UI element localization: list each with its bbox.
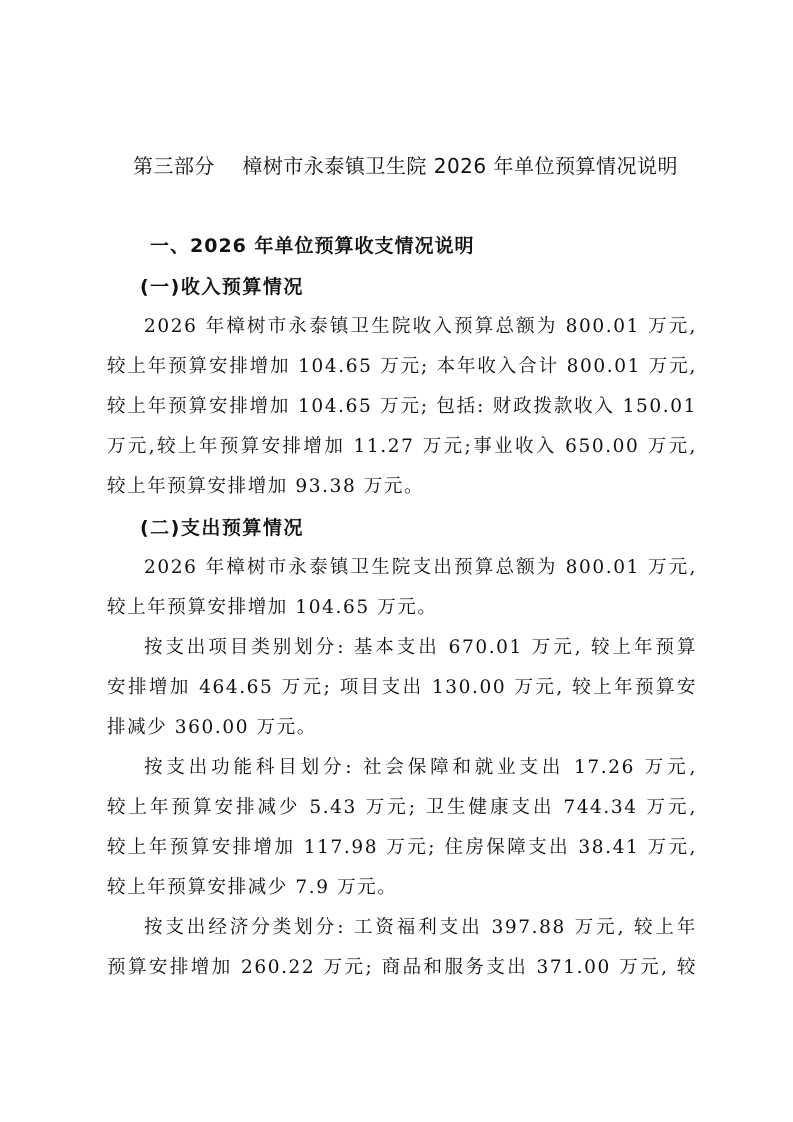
text-line: 排减少 360.00 万元。 bbox=[107, 716, 697, 740]
text-line: 预算安排增加 260.22 万元; 商品和服务支出 371.00 万元, 较 bbox=[107, 956, 697, 980]
text-line: 较上年预算安排减少 7.9 万元。 bbox=[107, 876, 697, 900]
text-line: 2026 年樟树市永泰镇卫生院支出预算总额为 800.01 万元, bbox=[144, 556, 697, 580]
subsection-heading-income: (一)收入预算情况 bbox=[140, 272, 304, 299]
section-heading: 一、2026 年单位预算收支情况说明 bbox=[150, 231, 475, 258]
text-line: 较上年预算安排减少 5.43 万元; 卫生健康支出 744.34 万元, bbox=[107, 796, 697, 820]
text-line: 较上年预算安排增加 104.65 万元; 包括: 财政拨款收入 150.01 bbox=[107, 395, 697, 419]
text-line: 安排增加 464.65 万元; 项目支出 130.00 万元, 较上年预算安 bbox=[107, 676, 697, 700]
page-title: 第三部分 樟树市永泰镇卫生院 2026 年单位预算情况说明 bbox=[0, 150, 793, 179]
text-line: 按支出功能科目划分: 社会保障和就业支出 17.26 万元, bbox=[144, 756, 697, 780]
text-line: 2026 年樟树市永泰镇卫生院收入预算总额为 800.01 万元, bbox=[144, 315, 697, 339]
text-line: 较上年预算安排增加 93.38 万元。 bbox=[107, 475, 697, 499]
text-line: 按支出经济分类划分: 工资福利支出 397.88 万元, 较上年 bbox=[144, 916, 697, 940]
text-line: 较上年预算安排增加 104.65 万元; 本年收入合计 800.01 万元, bbox=[107, 355, 697, 379]
text-line: 按支出项目类别划分: 基本支出 670.01 万元, 较上年预算 bbox=[144, 636, 697, 660]
text-line: 万元,较上年预算安排增加 11.27 万元;事业收入 650.00 万元, bbox=[107, 435, 697, 459]
subsection-heading-expenditure: (二)支出预算情况 bbox=[140, 513, 304, 540]
text-line: 较上年预算安排增加 104.65 万元。 bbox=[107, 596, 697, 620]
document-page: 第三部分 樟树市永泰镇卫生院 2026 年单位预算情况说明 一、2026 年单位… bbox=[0, 0, 793, 1122]
text-line: 较上年预算安排增加 117.98 万元; 住房保障支出 38.41 万元, bbox=[107, 836, 697, 860]
